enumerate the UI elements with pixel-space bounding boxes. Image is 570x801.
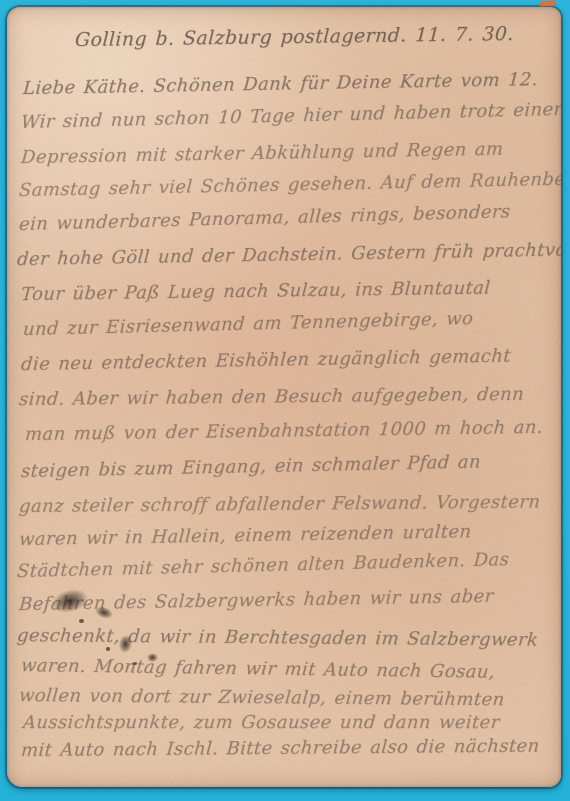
dateline: Golling b. Salzburg postlagernd. 11. 7. … [74, 23, 514, 51]
ink-smudge [118, 634, 133, 654]
handwriting-line: wollen von dort zur Zwieselalp, einem be… [18, 685, 506, 710]
handwriting-line: Wir sind nun schon 10 Tage hier und habe… [20, 99, 561, 133]
handwriting-line: Städtchen mit sehr schönen alten Baudenk… [16, 549, 510, 582]
handwriting-line: geschenkt, da wir in Berchtesgaden im Sa… [16, 625, 539, 651]
photo-background: Golling b. Salzburg postlagernd. 11. 7. … [0, 0, 570, 801]
handwriting-line: ganz steiler schroff abfallender Felswan… [18, 491, 541, 517]
handwriting-line: mit Auto nach Ischl. Bitte schreibe also… [20, 735, 540, 761]
handwriting-line: Samstag sehr viel Schönes gesehen. Auf d… [18, 168, 561, 201]
handwriting-line: steigen bis zum Eingang, ein schmaler Pf… [20, 451, 481, 482]
handwriting-line: Tour über Paß Lueg nach Sulzau, ins Blun… [20, 277, 491, 305]
ink-smudge [147, 653, 158, 662]
ink-speck [79, 619, 84, 623]
handwriting-line: Aussichtspunkte, zum Gosausee und dann w… [22, 712, 501, 733]
handwriting-line: Depression mit starker Abkühlung und Reg… [20, 139, 504, 168]
handwriting-line: waren. Montag fahren wir mit Auto nach G… [20, 655, 496, 683]
handwriting-line: und zur Eisriesenwand am Tennengebirge, … [22, 308, 474, 340]
ink-speck [133, 662, 137, 665]
handwriting-line: man muß von der Eisenbahnstation 1000 m … [24, 417, 543, 445]
postcard: Golling b. Salzburg postlagernd. 11. 7. … [7, 7, 561, 787]
ink-speck [106, 647, 110, 651]
handwriting-line: waren wir in Hallein, einem reizenden ur… [18, 521, 472, 550]
red-mark [540, 0, 556, 6]
handwriting-line: der hohe Göll und der Dachstein. Gestern… [16, 239, 561, 270]
handwriting-line: ein wunderbares Panorama, alles rings, b… [18, 201, 511, 235]
handwriting-line: Befahren des Salzbergwerks haben wir uns… [18, 586, 494, 615]
handwriting-line: Liebe Käthe. Schönen Dank für Deine Kart… [22, 69, 538, 99]
handwriting-line: die neu entdeckten Eishöhlen zugänglich … [20, 345, 511, 375]
handwriting-line: sind. Aber wir haben den Besuch aufgegeb… [18, 384, 525, 410]
